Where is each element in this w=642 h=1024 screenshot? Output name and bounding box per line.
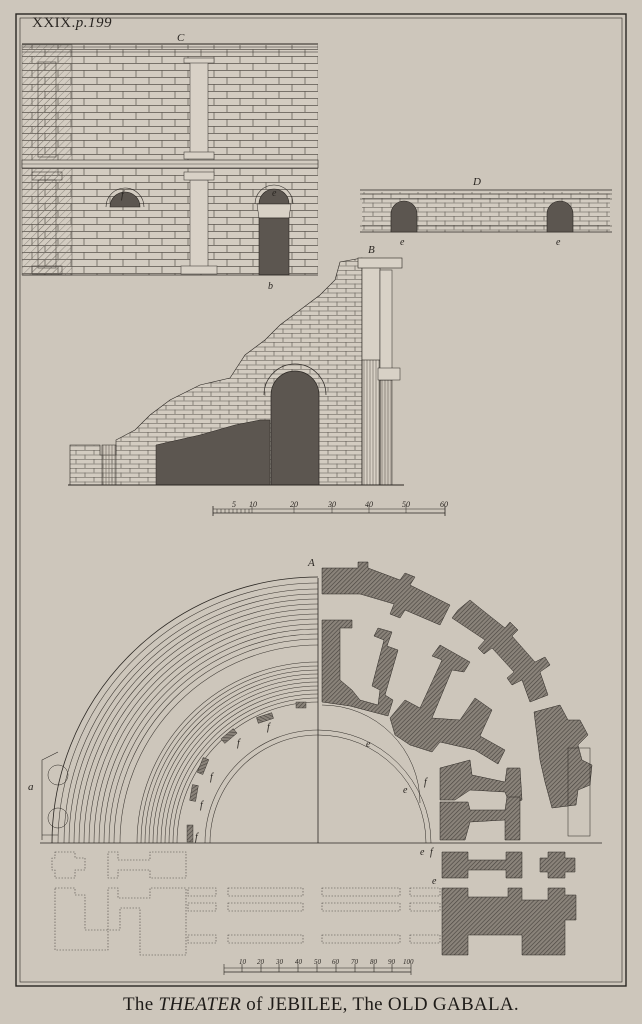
plate-caption: The THEATER of JEBILEE, The OLD GABALA. (0, 994, 642, 1016)
svg-text:5: 5 (232, 500, 236, 509)
svg-text:f: f (237, 738, 241, 749)
svg-text:20: 20 (290, 500, 298, 509)
engraving-plate: C f e b D e e B (0, 0, 642, 1024)
svg-text:30: 30 (327, 500, 336, 509)
svg-text:40: 40 (295, 958, 303, 966)
svg-text:e: e (403, 785, 408, 796)
svg-text:e: e (366, 739, 371, 750)
figure-d-label: D (472, 176, 481, 188)
lower-scale: 10 20 30 40 50 60 70 80 90 100 (224, 958, 414, 975)
figure-a-label: A (307, 557, 315, 569)
figure-c-elevation: C f e b (22, 32, 318, 292)
svg-text:f: f (424, 777, 428, 788)
svg-text:f: f (195, 832, 199, 843)
letter-a: a (28, 781, 34, 793)
svg-text:f: f (430, 847, 434, 858)
svg-text:20: 20 (257, 958, 265, 966)
svg-text:e: e (432, 876, 437, 887)
letter-e: e (400, 237, 405, 248)
svg-text:60: 60 (332, 958, 340, 966)
figure-a-plan: A a f f f f f e e e e f f (28, 557, 602, 955)
letter-e: e (272, 188, 277, 199)
figure-c-label: C (177, 32, 185, 44)
svg-text:e: e (420, 847, 425, 858)
svg-text:30: 30 (275, 958, 284, 966)
plate-number: XXIX.p.199 (32, 15, 112, 32)
svg-text:f: f (210, 772, 214, 783)
svg-text:100: 100 (403, 958, 414, 966)
letter-b: b (268, 281, 273, 292)
figure-d-elevation: D e e (360, 176, 612, 248)
svg-text:f: f (200, 800, 204, 811)
caption-jebilee: JEBILEE (268, 994, 343, 1015)
figure-b-label: B (368, 244, 375, 256)
svg-text:90: 90 (388, 958, 396, 966)
svg-text:80: 80 (370, 958, 378, 966)
svg-text:10: 10 (239, 958, 247, 966)
svg-text:10: 10 (249, 500, 257, 509)
svg-text:60: 60 (440, 500, 448, 509)
svg-text:f: f (267, 722, 271, 733)
svg-text:50: 50 (314, 958, 322, 966)
letter-e: e (556, 237, 561, 248)
svg-text:70: 70 (351, 958, 359, 966)
upper-scale: 5 10 20 30 40 50 60 (213, 500, 448, 516)
page-reference: p.199 (76, 15, 112, 31)
svg-text:40: 40 (365, 500, 373, 509)
plate-roman-numeral: XXIX. (32, 15, 76, 31)
figure-b-section: B (68, 244, 404, 485)
caption-theater: THEATER (159, 994, 242, 1015)
caption-old-gabala: OLD GABALA (388, 994, 514, 1015)
svg-text:50: 50 (402, 500, 410, 509)
